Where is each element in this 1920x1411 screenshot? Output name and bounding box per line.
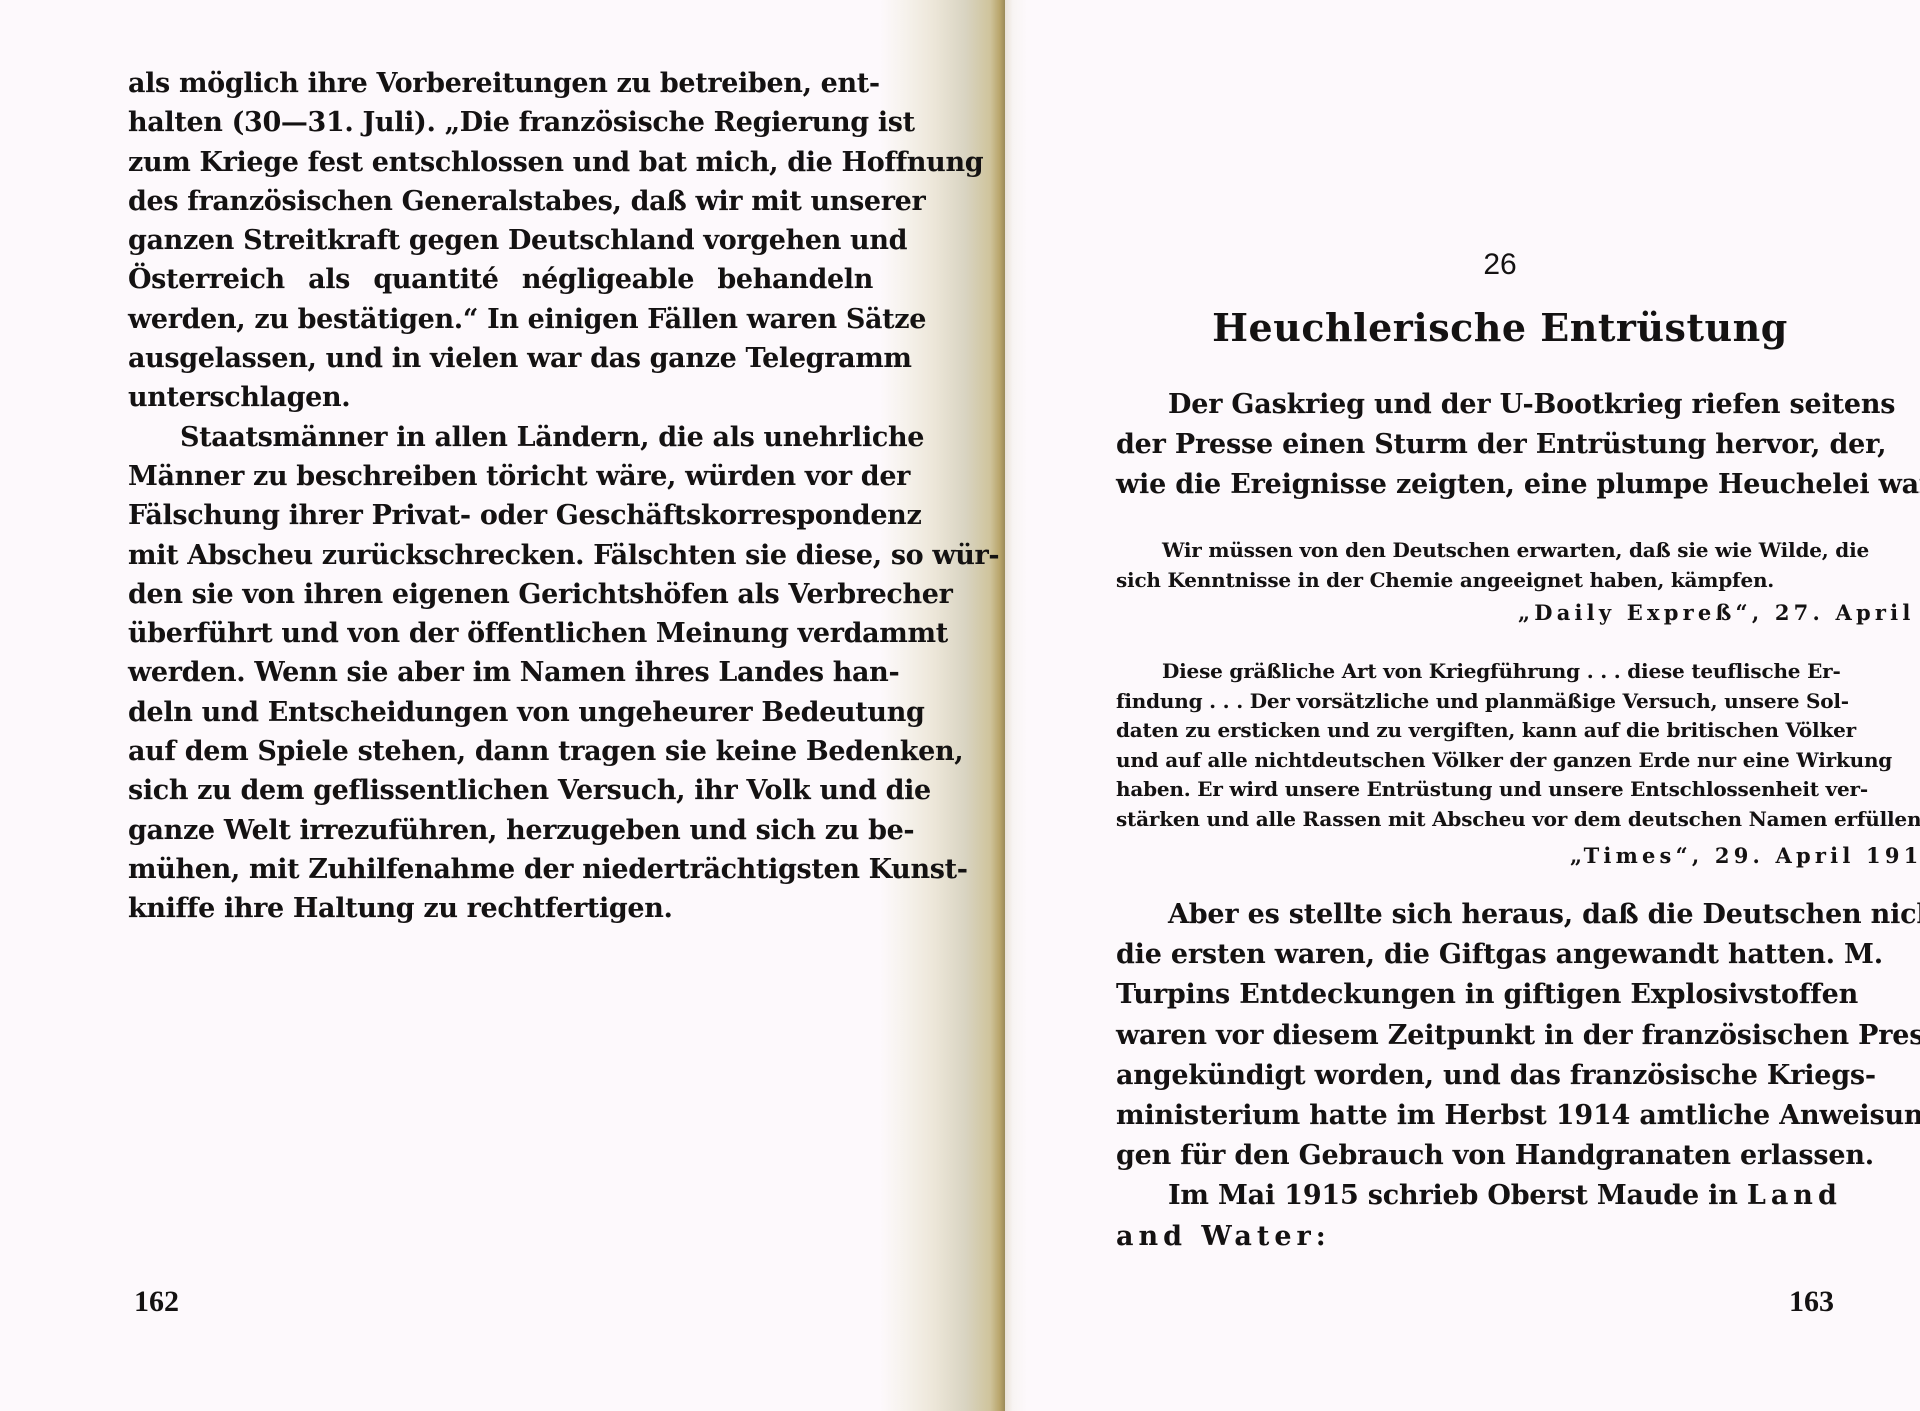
text-line: werden, zu bestätigen.“ In einigen Fälle… <box>128 300 873 339</box>
text-fragment: Im Mai 1915 schrieb Oberst Maude in <box>1168 1180 1738 1211</box>
text-line: auf dem Spiele stehen, dann tragen sie k… <box>128 732 873 771</box>
text-line: werden. Wenn sie aber im Namen ihres Lan… <box>128 653 873 692</box>
page-number-right: 163 <box>1789 1285 1834 1319</box>
text-line: den sie von ihren eigenen Gerichtshöfen … <box>128 575 873 614</box>
text-line: angekündigt worden, und das französische… <box>1116 1056 1838 1096</box>
quote-line: und auf alle nichtdeutschen Völker der g… <box>1116 746 1838 776</box>
text-line: Staatsmänner in allen Ländern, die als u… <box>128 418 873 457</box>
chapter-title: Heuchlerische Entrüstung <box>1160 305 1840 350</box>
text-line: deln und Entscheidungen von ungeheurer B… <box>128 693 873 732</box>
text-line: waren vor diesem Zeitpunkt in der franzö… <box>1116 1016 1838 1056</box>
text-line: mit Abscheu zurückschrecken. Fälschten s… <box>128 536 873 575</box>
text-line: ministerium hatte im Herbst 1914 amtlich… <box>1116 1096 1838 1136</box>
quote-line: Wir müssen von den Deutschen erwarten, d… <box>1116 536 1838 566</box>
text-line: and Water: <box>1116 1217 1838 1257</box>
text-line: ganze Welt irrezuführen, herzugeben und … <box>128 811 873 850</box>
text-line: Der Gaskrieg und der U-Bootkrieg riefen … <box>1116 385 1838 425</box>
right-page-body: Aber es stellte sich heraus, daß die Deu… <box>1116 895 1838 1257</box>
quote-source: „Daily Expreß“, 27. April 1915. <box>1518 600 1920 625</box>
quote-line: haben. Er wird unsere Entrüstung und uns… <box>1116 775 1838 805</box>
quote-source: „Times“, 29. April 1915. <box>1570 843 1920 868</box>
chapter-intro-paragraph: Der Gaskrieg und der U-Bootkrieg riefen … <box>1116 385 1838 505</box>
quote-line: Diese gräßliche Art von Kriegführung . .… <box>1116 657 1838 687</box>
text-line: die ersten waren, die Giftgas angewandt … <box>1116 935 1838 975</box>
text-line: zum Kriege fest entschlossen und bat mic… <box>128 143 873 182</box>
chapter-number: 26 <box>1460 248 1540 282</box>
text-line: sich zu dem geflissentlichen Versuch, ih… <box>128 771 873 810</box>
text-line: Im Mai 1915 schrieb Oberst Maude in Land <box>1116 1176 1838 1216</box>
text-line: Aber es stellte sich heraus, daß die Deu… <box>1116 895 1838 935</box>
text-line: des französischen Generalstabes, daß wir… <box>128 182 873 221</box>
spaced-title-word: Land <box>1747 1180 1842 1211</box>
page-number-left: 162 <box>134 1285 179 1319</box>
text-line: Turpins Entdeckungen in giftigen Explosi… <box>1116 975 1838 1015</box>
text-line: als möglich ihre Vorbereitungen zu betre… <box>128 64 873 103</box>
text-line: wie die Ereignisse zeigten, eine plumpe … <box>1116 465 1838 505</box>
left-page-body: als möglich ihre Vorbereitungen zu betre… <box>128 64 873 929</box>
text-line: mühen, mit Zuhilfenahme der niederträcht… <box>128 850 873 889</box>
block-quote-daily-express: Wir müssen von den Deutschen erwarten, d… <box>1116 536 1838 595</box>
text-line: gen für den Gebrauch von Handgranaten er… <box>1116 1136 1838 1176</box>
block-quote-times: Diese gräßliche Art von Kriegführung . .… <box>1116 657 1838 834</box>
text-line: überführt und von der öffentlichen Meinu… <box>128 614 873 653</box>
text-line: Fälschung ihrer Privat- oder Geschäftsko… <box>128 496 873 535</box>
quote-line: findung . . . Der vorsätzliche und planm… <box>1116 687 1838 717</box>
quote-line: stärken und alle Rassen mit Abscheu vor … <box>1116 805 1838 835</box>
text-line: ausgelassen, und in vielen war das ganze… <box>128 339 873 378</box>
text-line: halten (30—31. Juli). „Die französische … <box>128 103 873 142</box>
text-line: Männer zu beschreiben töricht wäre, würd… <box>128 457 873 496</box>
text-line: Österreich als quantité négligeable beha… <box>128 260 873 299</box>
quote-line: sich Kenntnisse in der Chemie angeeignet… <box>1116 566 1838 596</box>
text-line: ganzen Streitkraft gegen Deutschland vor… <box>128 221 873 260</box>
quote-line: daten zu ersticken und zu vergiften, kan… <box>1116 716 1838 746</box>
text-line: unterschlagen. <box>128 378 873 417</box>
text-line: kniffe ihre Haltung zu rechtfertigen. <box>128 889 873 928</box>
text-line: der Presse einen Sturm der Entrüstung he… <box>1116 425 1838 465</box>
